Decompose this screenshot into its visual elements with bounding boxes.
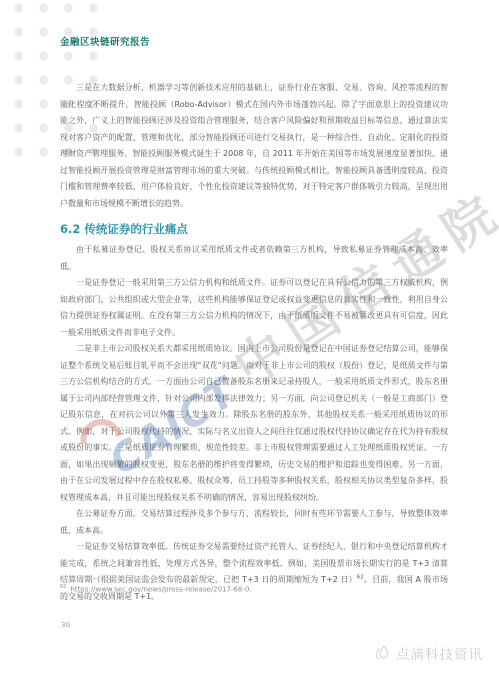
paragraph-settlement-efficiency: 一是证券交易结算效率低。传统证券交易需要经过资产托管人、证券经纪人、银行和中央登…: [60, 539, 448, 605]
document-page: 金融区块链研究报告 CAICT 中国信通院 三是在大数据分析、机器学习等创新技术…: [0, 0, 499, 678]
brand-label: 点滴科技资讯: [396, 643, 483, 663]
paragraph-public-securities-intro: 在公募证券方面，交易结算过程涉及多个参与方，流程较长，同时有些环节需要人工参与，…: [60, 506, 448, 539]
paragraph-private-securities-intro: 由于私募证券登记、股权关系协议采用纸质文件或者依赖第三方机构，导致私募证券管理成…: [60, 242, 448, 275]
footnote-url: https://www.sec.gov/news/press-release/2…: [70, 585, 251, 593]
footnote-section: 62https://www.sec.gov/news/press-release…: [60, 578, 448, 593]
paragraph-registration-paper-files: 一是证券登记一般采用第三方公信力机构和纸质文件。证券可以登记在具有公信力的第三方…: [60, 275, 448, 341]
paragraph-unlisted-equity-agreements: 二是非上市公司股权关系大都采用纸质协议。国内上市公司股份是登记在中国证券登记结算…: [60, 341, 448, 506]
paragraph-robo-advisor: 三是在大数据分析、机器学习等创新技术应用的基础上，证券行业在客服、交易、咨询、风…: [60, 80, 448, 212]
footnote-entry: 62https://www.sec.gov/news/press-release…: [60, 584, 448, 593]
footnote-divider: [60, 578, 210, 579]
page-header: 金融区块链研究报告: [60, 34, 150, 48]
report-title: 金融区块链研究报告: [60, 37, 150, 48]
document-body: 三是在大数据分析、机器学习等创新技术应用的基础上，证券行业在客服、交易、咨询、风…: [60, 80, 448, 605]
page-number: 30: [61, 621, 70, 629]
section-heading-6-2: 6.2 传统证券的行业痛点: [60, 222, 448, 236]
brand-watermark: 点滴科技资讯: [374, 643, 483, 663]
droplet-logo-icon: [374, 644, 393, 663]
footnote-marker: 62: [60, 584, 66, 590]
